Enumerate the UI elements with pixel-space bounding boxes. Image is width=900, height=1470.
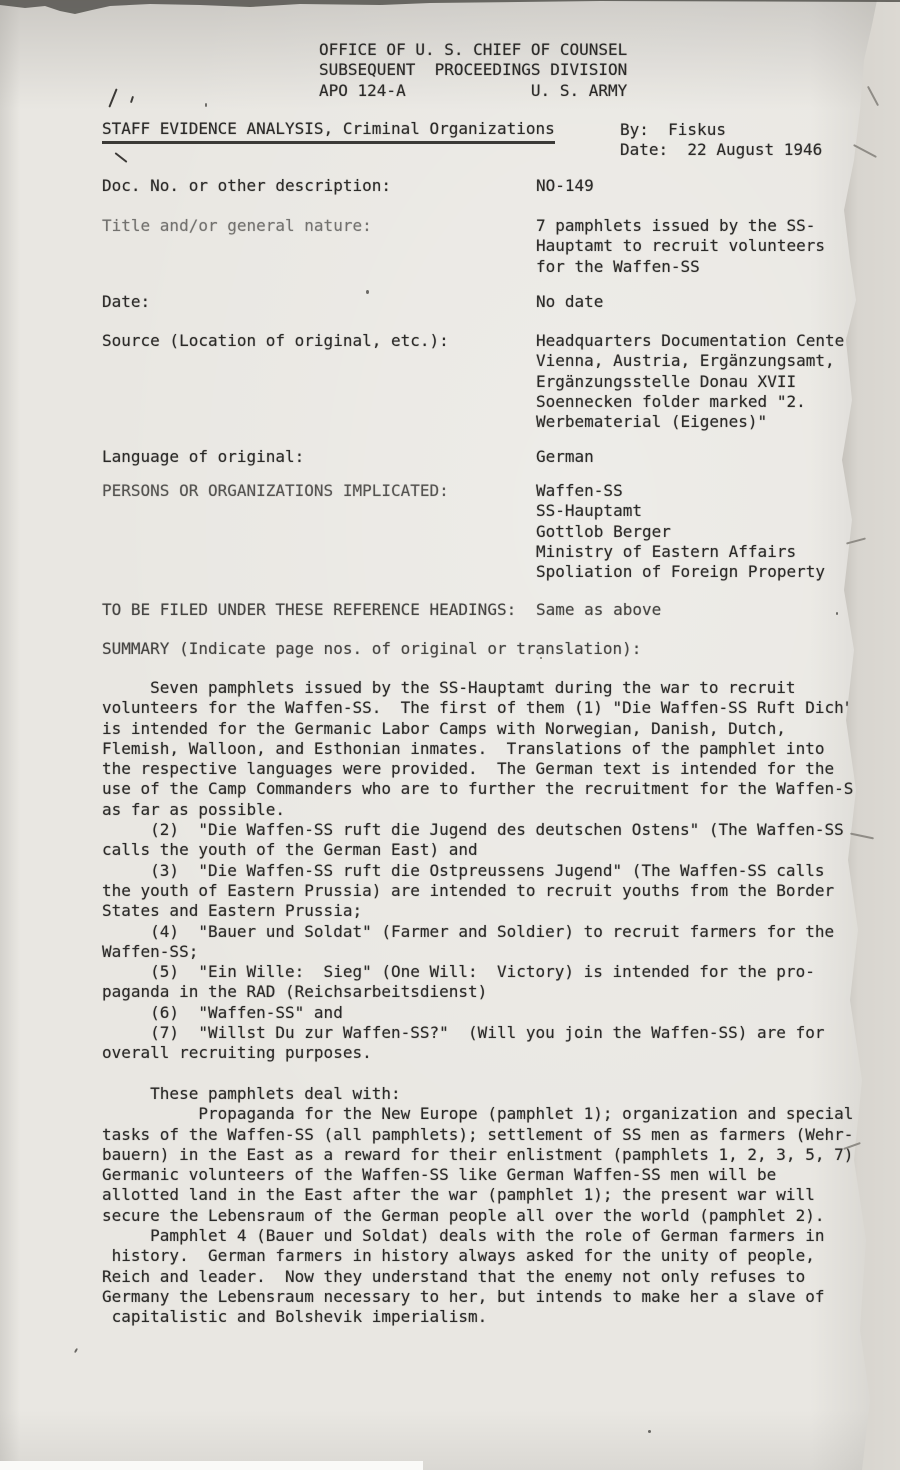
field-reference-headings-label: TO BE FILED UNDER THESE REFERENCE HEADIN… — [102, 600, 516, 619]
field-source: Source (Location of original, etc.): Hea… — [102, 331, 872, 351]
ink-speck — [836, 612, 838, 615]
summary-body: Seven pamphlets issued by the SS-Hauptam… — [102, 678, 863, 1328]
byline-by: By:Fiskus — [620, 120, 822, 140]
field-date-value: No date — [536, 292, 603, 312]
by-value: Fiskus — [668, 120, 726, 139]
bottom-scan-edge — [0, 1461, 423, 1470]
field-title-nature-value: 7 pamphlets issued by the SS- Hauptamt t… — [536, 216, 825, 277]
summary-heading: SUMMARY (Indicate page nos. of original … — [102, 639, 641, 659]
date-label: Date: — [620, 140, 687, 160]
letterhead-office: OFFICE OF U. S. CHIEF OF COUNSELSUBSEQUE… — [319, 40, 627, 101]
field-reference-headings-value: Same as above — [536, 600, 661, 620]
field-title-nature-label: Title and/or general nature: — [102, 216, 372, 235]
field-date-label: Date: — [102, 292, 150, 311]
field-implicated-label: PERSONS OR ORGANIZATIONS IMPLICATED: — [102, 481, 449, 500]
field-date: Date: No date — [102, 292, 872, 312]
field-source-label: Source (Location of original, etc.): — [102, 331, 449, 350]
field-doc-no-value: NO-149 — [536, 176, 594, 196]
field-title-nature: Title and/or general nature: 7 pamphlets… — [102, 216, 872, 236]
pen-mark — [108, 88, 117, 107]
field-language-label: Language of original: — [102, 447, 304, 466]
byline: By:Fiskus Date:22 August 1946 — [620, 120, 822, 161]
ink-speck — [74, 1348, 78, 1353]
field-language-value: German — [536, 447, 594, 467]
doc-title: STAFF EVIDENCE ANALYSIS, Criminal Organi… — [102, 119, 555, 144]
by-label: By: — [620, 120, 668, 140]
field-implicated-value: Waffen-SS SS-Hauptamt Gottlob Berger Min… — [536, 481, 825, 582]
field-doc-no: Doc. No. or other description: NO-149 — [102, 176, 872, 196]
byline-date: Date:22 August 1946 — [620, 140, 822, 160]
torn-edge-top — [0, 0, 900, 14]
document-scan: OFFICE OF U. S. CHIEF OF COUNSELSUBSEQUE… — [0, 0, 900, 1470]
pen-mark — [130, 96, 134, 103]
field-reference-headings: TO BE FILED UNDER THESE REFERENCE HEADIN… — [102, 600, 872, 620]
ink-speck — [540, 657, 542, 659]
letterhead-line3: APO 124-A U. S. ARMY — [319, 81, 627, 100]
letterhead-line2: SUBSEQUENT PROCEEDINGS DIVISION — [319, 60, 627, 79]
pen-mark — [114, 152, 127, 163]
field-source-value: Headquarters Documentation Center Vienna… — [536, 331, 854, 432]
field-doc-no-label: Doc. No. or other description: — [102, 176, 391, 195]
ink-speck — [648, 1430, 651, 1433]
field-implicated: PERSONS OR ORGANIZATIONS IMPLICATED: Waf… — [102, 481, 872, 501]
date-value: 22 August 1946 — [687, 140, 822, 159]
ink-speck — [366, 290, 369, 294]
letterhead-line1: OFFICE OF U. S. CHIEF OF COUNSEL — [319, 40, 627, 59]
field-language: Language of original: German — [102, 447, 872, 467]
ink-speck — [205, 103, 207, 107]
